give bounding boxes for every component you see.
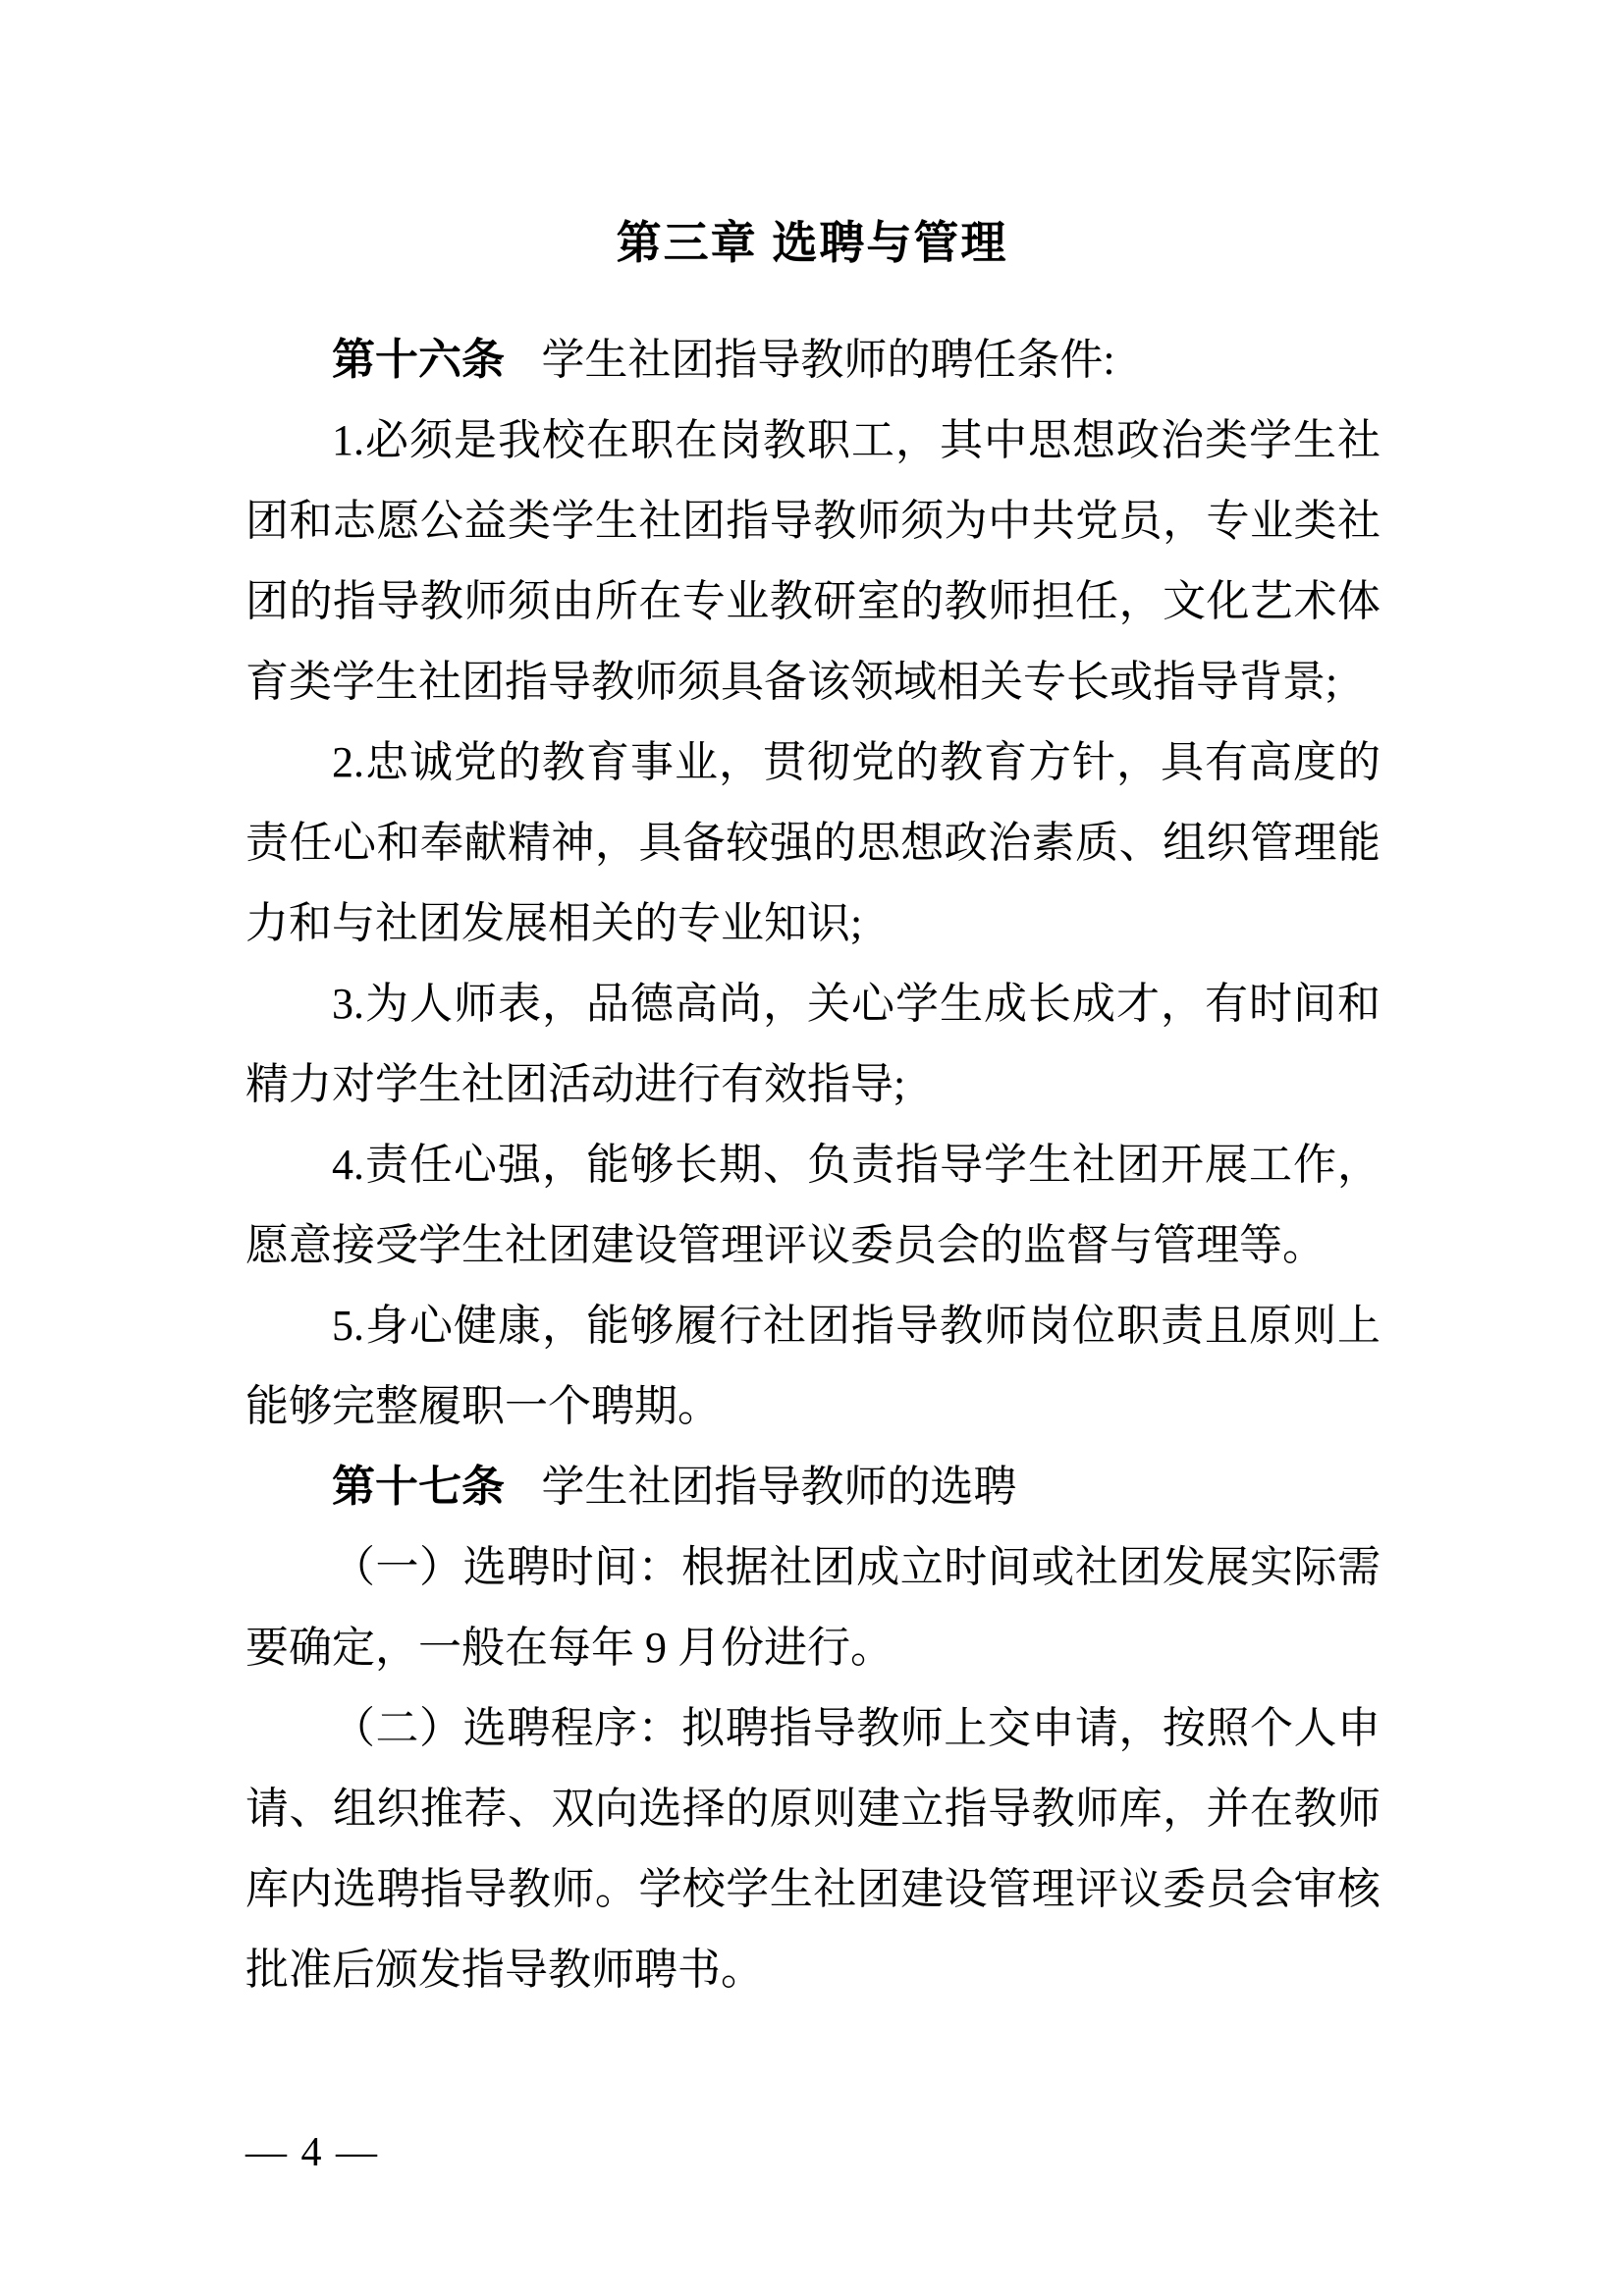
article-17-label: 第十七条 xyxy=(332,1463,505,1511)
article-17-text: 学生社团指导教师的选聘 xyxy=(541,1463,1016,1511)
article-16-text: 学生社团指导教师的聘任条件: xyxy=(541,336,1114,384)
paragraph-text: （二）选聘程序：拟聘指导教师上交申请，按照个人申请、组织推荐、双向选择的原则建立… xyxy=(245,1704,1380,1994)
paragraph-condition-4: 4.责任心强，能够长期、负责指导学生社团开展工作，愿意接受学生社团建设管理评议委… xyxy=(245,1125,1380,1286)
paragraph-item-2: （二）选聘程序：拟聘指导教师上交申请，按照个人申请、组织推荐、双向选择的原则建立… xyxy=(245,1688,1380,2010)
paragraph-article-17: 第十七条学生社团指导教师的选聘 xyxy=(245,1447,1380,1527)
paragraph-text: 3.为人师表，品德高尚，关心学生成长成才，有时间和精力对学生社团活动进行有效指导… xyxy=(245,980,1380,1108)
paragraph-text: （一）选聘时间：根据社团成立时间或社团发展实际需要确定，一般在每年 9 月份进行… xyxy=(245,1543,1380,1672)
document-page: 第三章 选聘与管理 第十六条学生社团指导教师的聘任条件: 1.必须是我校在职在岗… xyxy=(0,0,1624,2296)
paragraph-condition-1: 1.必须是我校在职在岗教职工，其中思想政治类学生社团和志愿公益类学生社团指导教师… xyxy=(245,400,1380,722)
chapter-title: 第三章 选聘与管理 xyxy=(0,218,1624,267)
paragraph-article-16: 第十六条学生社团指导教师的聘任条件: xyxy=(245,320,1380,400)
paragraph-condition-2: 2.忠诚党的教育事业，贯彻党的教育方针，具有高度的责任心和奉献精神，具备较强的思… xyxy=(245,722,1380,964)
article-16-label: 第十六条 xyxy=(332,336,505,384)
paragraph-item-1: （一）选聘时间：根据社团成立时间或社团发展实际需要确定，一般在每年 9 月份进行… xyxy=(245,1527,1380,1688)
paragraph-text: 5.身心健康，能够履行社团指导教师岗位职责且原则上能够完整履职一个聘期。 xyxy=(245,1302,1380,1430)
page-number: — 4 — xyxy=(245,2130,379,2175)
paragraph-condition-3: 3.为人师表，品德高尚，关心学生成长成才，有时间和精力对学生社团活动进行有效指导… xyxy=(245,964,1380,1125)
paragraph-text: 4.责任心强，能够长期、负责指导学生社团开展工作，愿意接受学生社团建设管理评议委… xyxy=(245,1141,1380,1269)
paragraph-text: 2.忠诚党的教育事业，贯彻党的教育方针，具有高度的责任心和奉献精神，具备较强的思… xyxy=(245,738,1380,947)
paragraph-condition-5: 5.身心健康，能够履行社团指导教师岗位职责且原则上能够完整履职一个聘期。 xyxy=(245,1286,1380,1447)
paragraph-text: 1.必须是我校在职在岗教职工，其中思想政治类学生社团和志愿公益类学生社团指导教师… xyxy=(245,416,1380,706)
document-body: 第十六条学生社团指导教师的聘任条件: 1.必须是我校在职在岗教职工，其中思想政治… xyxy=(245,320,1380,2010)
